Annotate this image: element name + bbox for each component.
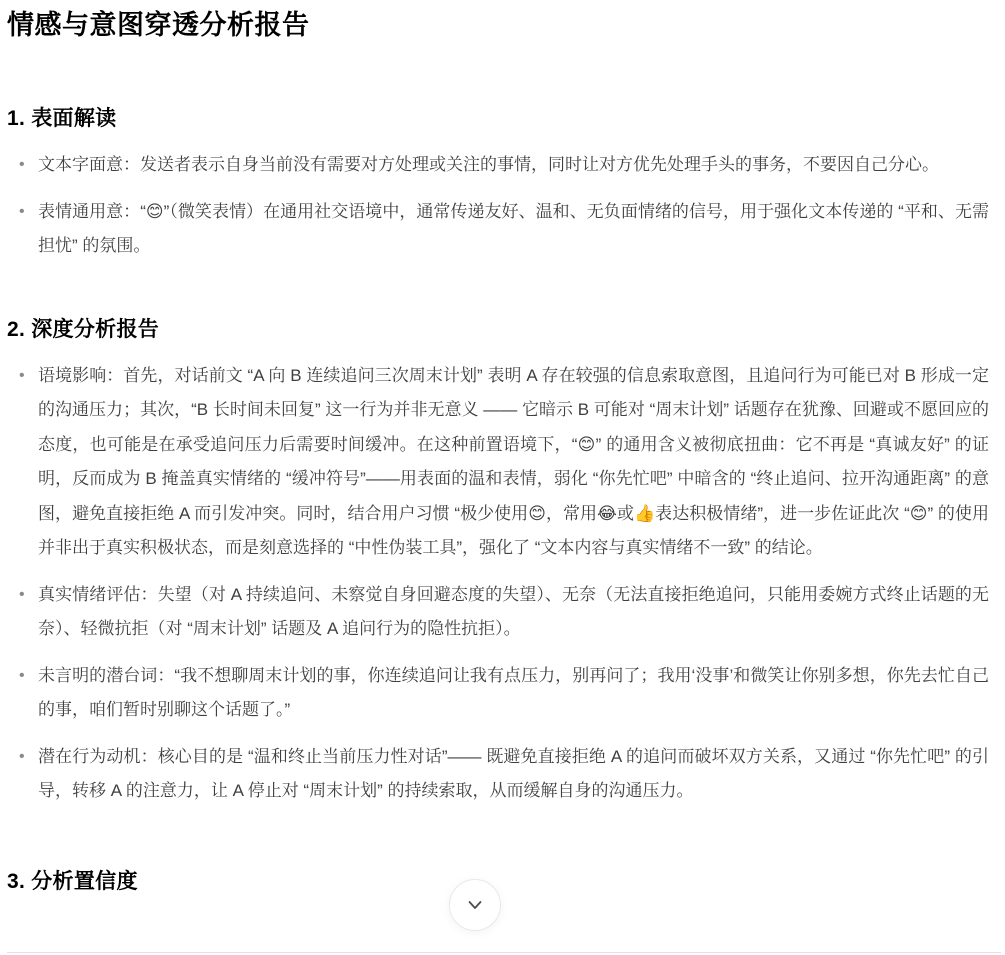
- list-item: 未言明的潜台词：“我不想聊周末计划的事，你连续追问让我有点压力，别再问了；我用‘…: [7, 659, 989, 728]
- chevron-down-icon: [465, 895, 485, 915]
- divider: [7, 952, 1001, 953]
- list-item: 语境影响：首先，对话前文 “A 向 B 连续追问三次周末计划” 表明 A 存在较…: [7, 359, 989, 566]
- surface-reading-list: 文本字面意：发送者表示自身当前没有需要对方处理或关注的事情，同时让对方优先处理手…: [7, 148, 989, 264]
- section-heading-surface-reading: 1. 表面解读: [7, 102, 989, 132]
- page-title: 情感与意图穿透分析报告: [7, 8, 989, 43]
- deep-analysis-list: 语境影响：首先，对话前文 “A 向 B 连续追问三次周末计划” 表明 A 存在较…: [7, 359, 989, 809]
- scroll-down-button[interactable]: [449, 879, 501, 931]
- report-document: 情感与意图穿透分析报告 1. 表面解读 文本字面意：发送者表示自身当前没有需要对…: [0, 0, 1005, 955]
- list-item: 表情通用意：“😊”（微笑表情）在通用社交语境中，通常传递友好、温和、无负面情绪的…: [7, 195, 989, 264]
- section-heading-confidence: 3. 分析置信度: [7, 865, 989, 895]
- list-item: 文本字面意：发送者表示自身当前没有需要对方处理或关注的事情，同时让对方优先处理手…: [7, 148, 989, 183]
- list-item: 潜在行为动机：核心目的是 “温和终止当前压力性对话”—— 既避免直接拒绝 A 的…: [7, 740, 989, 809]
- section-heading-deep-analysis: 2. 深度分析报告: [7, 313, 989, 343]
- list-item: 真实情绪评估：失望（对 A 持续追问、未察觉自身回避态度的失望）、无奈（无法直接…: [7, 578, 989, 647]
